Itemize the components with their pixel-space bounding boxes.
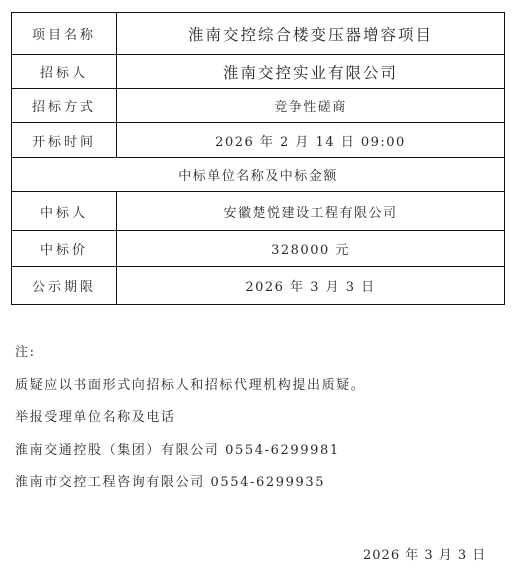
table-row-tenderer: 招标人 淮南交控实业有限公司	[12, 55, 505, 89]
value-tender-method: 竞争性磋商	[117, 89, 505, 123]
table-section-header-row: 中标单位名称及中标金额	[12, 158, 505, 192]
label-project-name: 项目名称	[12, 13, 117, 55]
label-winning-price: 中标价	[12, 231, 117, 267]
label-publicity-period: 公示期限	[12, 267, 117, 305]
label-opening-time: 开标时间	[12, 123, 117, 158]
value-publicity-period: 2026 年 3 月 3 日	[117, 267, 505, 305]
note-line-complaint: 质疑应以书面形式向招标人和招标代理机构提出质疑。	[15, 376, 365, 409]
note-line-contact-1: 淮南交通控股（集团）有限公司 0554-6299981	[15, 441, 365, 474]
value-opening-time: 2026 年 2 月 14 日 09:00	[117, 123, 505, 158]
signature-date: 2026 年 3 月 3 日	[363, 544, 486, 563]
notes-section: 注: 质疑应以书面形式向招标人和招标代理机构提出质疑。 举报受理单位名称及电话 …	[15, 343, 365, 506]
value-winning-price: 328000 元	[117, 231, 505, 267]
value-winning-bidder: 安徽楚悦建设工程有限公司	[117, 192, 505, 231]
note-line-report-heading: 举报受理单位名称及电话	[15, 408, 365, 441]
note-line-contact-2: 淮南市交控工程咨询有限公司 0554-6299935	[15, 473, 365, 506]
table-row-project-name: 项目名称 淮南交控综合楼变压器增容项目	[12, 13, 505, 55]
bid-result-table: 项目名称 淮南交控综合楼变压器增容项目 招标人 淮南交控实业有限公司 招标方式 …	[11, 12, 505, 305]
table-row-opening-time: 开标时间 2026 年 2 月 14 日 09:00	[12, 123, 505, 158]
table-row-winning-bidder: 中标人 安徽楚悦建设工程有限公司	[12, 192, 505, 231]
notes-title: 注:	[15, 343, 365, 376]
label-tender-method: 招标方式	[12, 89, 117, 123]
label-winning-bidder: 中标人	[12, 192, 117, 231]
table-row-publicity-period: 公示期限 2026 年 3 月 3 日	[12, 267, 505, 305]
section-header: 中标单位名称及中标金额	[12, 158, 505, 192]
value-tenderer: 淮南交控实业有限公司	[117, 55, 505, 89]
table-row-winning-price: 中标价 328000 元	[12, 231, 505, 267]
value-project-name: 淮南交控综合楼变压器增容项目	[117, 13, 505, 55]
label-tenderer: 招标人	[12, 55, 117, 89]
table-row-tender-method: 招标方式 竞争性磋商	[12, 89, 505, 123]
